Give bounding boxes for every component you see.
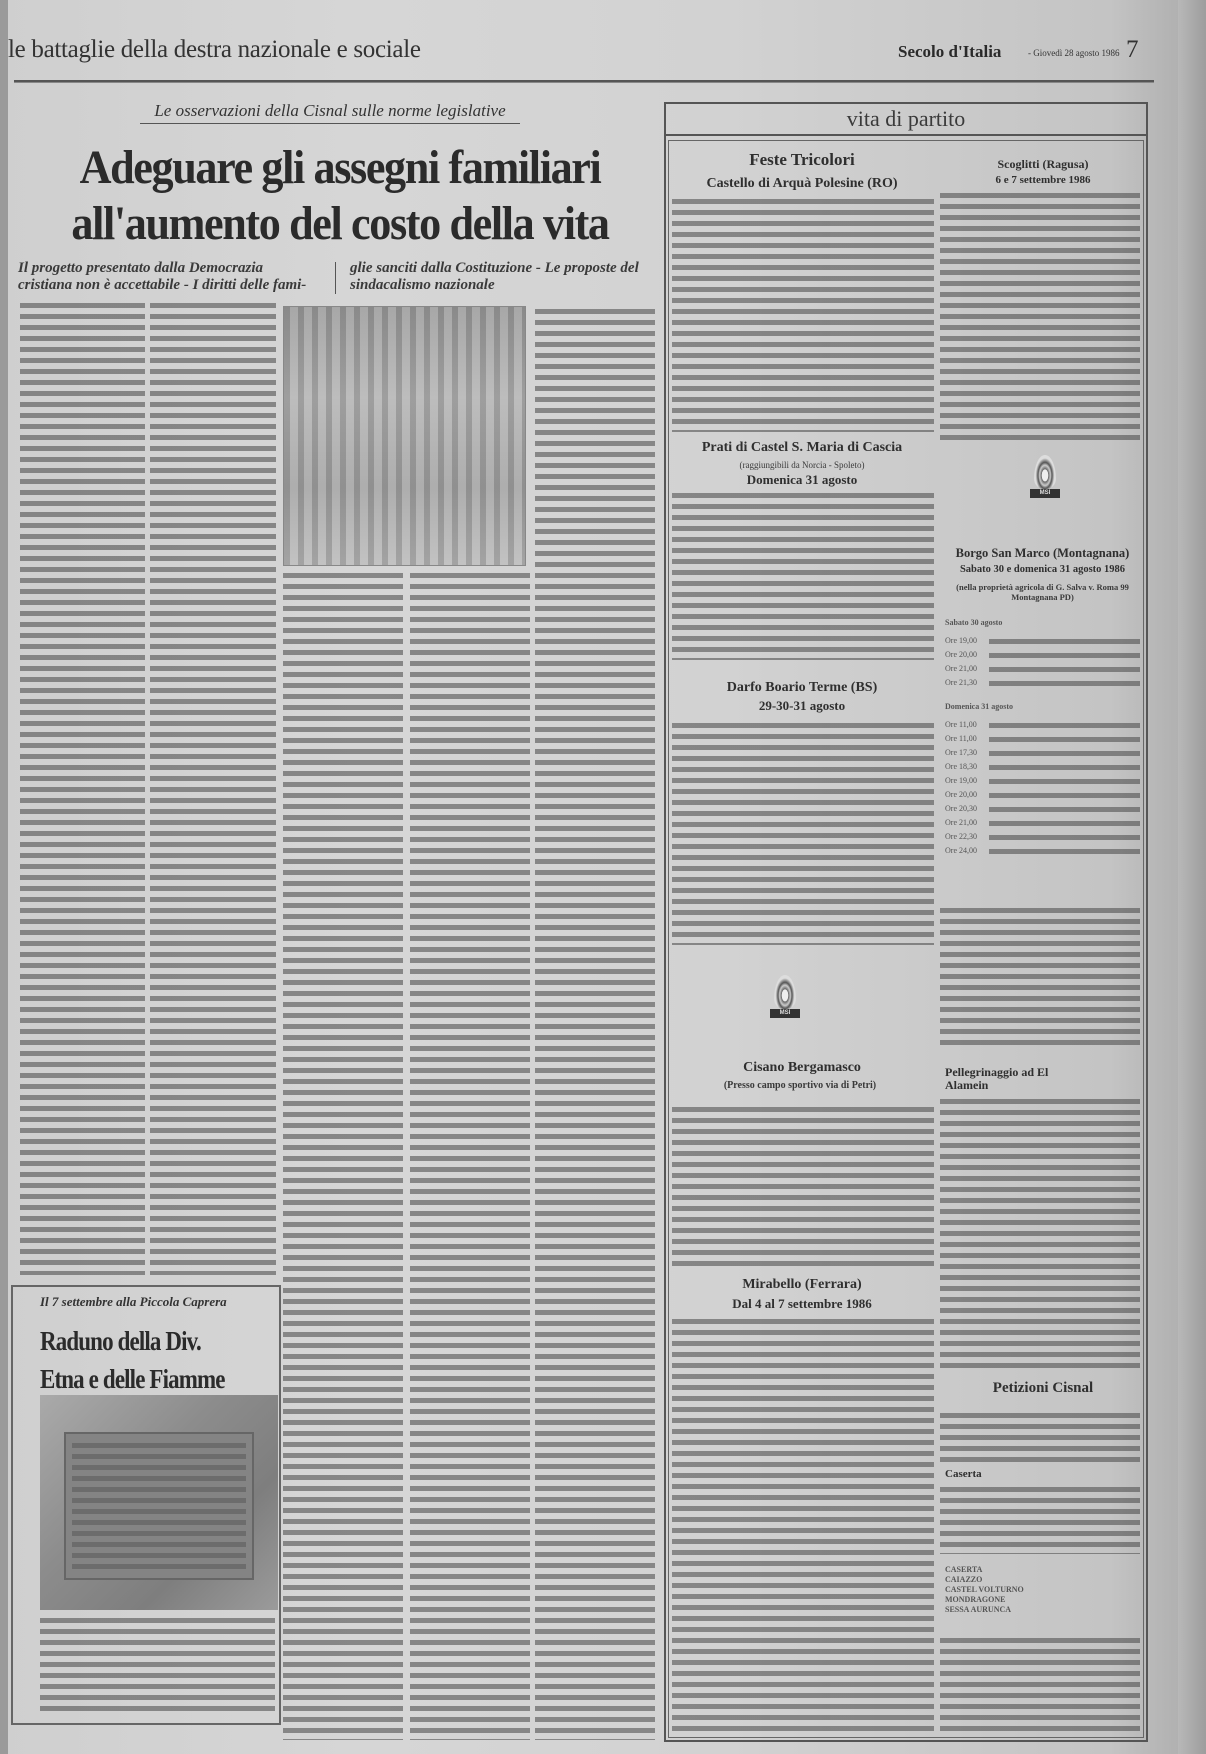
article-deck-right: glie sanciti dalla Costituzione - Le pro… <box>350 260 650 294</box>
schedule-description <box>989 720 1140 730</box>
issue-date: - Giovedì 28 agosto 1986 <box>1028 48 1120 58</box>
petizioni-footer-text <box>940 1635 1140 1735</box>
schedule-time: Ore 20,30 <box>945 804 989 814</box>
schedule-row: Ore 21,00 <box>945 664 1140 674</box>
article-photo <box>283 306 526 566</box>
petizioni-places: CASERTACAIAZZOCASTEL VOLTURNOMONDRAGONES… <box>945 1565 1140 1615</box>
event-text-mirabello <box>672 1316 934 1731</box>
logo-label: MSI <box>1030 489 1060 498</box>
schedule-row: Ore 18,30 <box>945 762 1140 772</box>
flame-icon <box>1034 455 1056 489</box>
event-subtitle-prati-castel: (raggiungibili da Norcia - Spoleto) <box>672 460 932 470</box>
event-text-cisano <box>672 1104 934 1269</box>
article-column-2 <box>150 300 276 1275</box>
schedule-time: Ore 21,00 <box>945 818 989 828</box>
event-title-darfo: Darfo Boario Terme (BS) <box>672 680 932 696</box>
msi-flame-logo: MSI <box>770 975 800 1021</box>
event-subtitle-cisano: (Presso campo sportivo via di Petri) <box>720 1080 880 1091</box>
article-column-3 <box>283 570 403 1740</box>
event-date-mirabello: Dal 4 al 7 settembre 1986 <box>672 1296 932 1312</box>
schedule-row: Ore 11,00 <box>945 720 1140 730</box>
msi-flame-logo-2: MSI <box>1030 455 1060 501</box>
event-text-el-alamein <box>940 1096 1140 1371</box>
petizioni-place: CASTEL VOLTURNO <box>945 1585 1140 1595</box>
paper-name: Secolo d'Italia <box>898 42 1001 62</box>
schedule-description <box>989 790 1140 800</box>
schedule-description <box>989 678 1140 688</box>
schedule-row: Ore 20,00 <box>945 650 1140 660</box>
petizioni-place: SESSA AURUNCA <box>945 1605 1140 1615</box>
deck-divider <box>335 262 336 294</box>
petizioni-section-caserta: Caserta <box>945 1468 1025 1480</box>
schedule-row: Ore 20,00 <box>945 790 1140 800</box>
plaque-inscription <box>64 1432 254 1580</box>
sidebar-story-kicker: Il 7 settembre alla Piccola Caprera <box>40 1294 227 1310</box>
schedule-row: Ore 21,30 <box>945 678 1140 688</box>
event-title-cisano: Cisano Bergamasco <box>672 1060 932 1076</box>
page-edge-left <box>0 0 8 1754</box>
article-column-4 <box>410 570 530 1740</box>
schedule-time: Ore 19,00 <box>945 636 989 646</box>
event-text-arqua <box>672 196 934 432</box>
schedule-time: Ore 11,00 <box>945 734 989 744</box>
schedule-row: Ore 19,00 <box>945 636 1140 646</box>
borgo-notes <box>940 905 1140 1045</box>
section-title: le battaglie della destra nazionale e so… <box>8 36 421 64</box>
schedule-time: Ore 21,30 <box>945 678 989 688</box>
schedule-time: Ore 20,00 <box>945 790 989 800</box>
page-edge-right <box>1178 0 1206 1754</box>
event-title-mirabello: Mirabello (Ferrara) <box>672 1277 932 1293</box>
schedule-description <box>989 846 1140 856</box>
schedule-row: Ore 22,30 <box>945 832 1140 842</box>
schedule-row: Ore 21,00 <box>945 818 1140 828</box>
borgo-schedule: Sabato 30 agosto Ore 19,00Ore 20,00Ore 2… <box>945 618 1140 860</box>
event-text-prati-castel <box>672 490 934 660</box>
schedule-time: Ore 24,00 <box>945 846 989 856</box>
schedule-description <box>989 762 1140 772</box>
event-title-borgo-san-marco: Borgo San Marco (Montagnana) <box>940 546 1145 561</box>
schedule-day1: Sabato 30 agosto <box>945 618 1140 628</box>
schedule-description <box>989 818 1140 828</box>
schedule-row: Ore 11,00 <box>945 734 1140 744</box>
article-kicker: Le osservazioni della Cisnal sulle norme… <box>140 101 520 124</box>
event-subtitle-borgo-san-marco: (nella proprietà agricola di G. Salva v.… <box>950 582 1135 602</box>
article-headline: Adeguare gli assegni familiari all'aumen… <box>46 140 635 252</box>
article-deck-left: Il progetto presentato dalla Democrazia … <box>18 260 318 294</box>
schedule-day2: Domenica 31 agosto <box>945 702 1140 712</box>
petizioni-text <box>940 1410 1140 1465</box>
article-column-5 <box>535 306 655 1740</box>
event-date-prati-castel: Domenica 31 agosto <box>672 472 932 488</box>
schedule-description <box>989 748 1140 758</box>
schedule-row: Ore 17,30 <box>945 748 1140 758</box>
event-text-darfo <box>672 720 934 945</box>
event-date-darfo: 29-30-31 agosto <box>672 698 932 714</box>
schedule-description <box>989 804 1140 814</box>
vita-di-partito-header: vita di partito <box>664 102 1148 136</box>
schedule-description <box>989 650 1140 660</box>
schedule-row: Ore 20,30 <box>945 804 1140 814</box>
schedule-time: Ore 17,30 <box>945 748 989 758</box>
event-title-petizioni-cisnal: Petizioni Cisnal <box>945 1380 1141 1397</box>
petizioni-place: CAIAZZO <box>945 1575 1140 1585</box>
schedule-time: Ore 18,30 <box>945 762 989 772</box>
logo-label: MSI <box>770 1009 800 1018</box>
sidebar-story-text <box>40 1615 275 1715</box>
event-title-feste-tricolori: Feste Tricolori <box>672 150 932 170</box>
event-date-borgo-san-marco: Sabato 30 e domenica 31 agosto 1986 <box>940 564 1145 575</box>
flame-icon <box>774 975 796 1009</box>
event-subtitle-arqua: Castello di Arquà Polesine (RO) <box>672 176 932 192</box>
schedule-description <box>989 636 1140 646</box>
petizioni-caserta-text <box>940 1484 1140 1554</box>
schedule-time: Ore 22,30 <box>945 832 989 842</box>
schedule-description <box>989 832 1140 842</box>
schedule-time: Ore 20,00 <box>945 650 989 660</box>
schedule-row: Ore 24,00 <box>945 846 1140 856</box>
event-title-scoglitti: Scoglitti (Ragusa) <box>945 157 1141 172</box>
petizioni-place: MONDRAGONE <box>945 1595 1140 1605</box>
article-column-1 <box>20 300 145 1275</box>
schedule-time: Ore 19,00 <box>945 776 989 786</box>
event-date-scoglitti: 6 e 7 settembre 1986 <box>945 174 1141 186</box>
masthead-rule <box>14 80 1154 83</box>
event-text-scoglitti <box>940 190 1140 440</box>
schedule-description <box>989 664 1140 674</box>
schedule-description <box>989 776 1140 786</box>
masthead: le battaglie della destra nazionale e so… <box>8 36 1158 76</box>
event-title-prati-castel: Prati di Castel S. Maria di Cascia <box>672 440 932 456</box>
petizioni-place: CASERTA <box>945 1565 1140 1575</box>
schedule-description <box>989 734 1140 744</box>
schedule-row: Ore 19,00 <box>945 776 1140 786</box>
schedule-time: Ore 21,00 <box>945 664 989 674</box>
page-number: 7 <box>1126 36 1139 64</box>
event-title-el-alamein: Pellegrinaggio ad El Alamein <box>945 1066 1055 1092</box>
schedule-time: Ore 11,00 <box>945 720 989 730</box>
